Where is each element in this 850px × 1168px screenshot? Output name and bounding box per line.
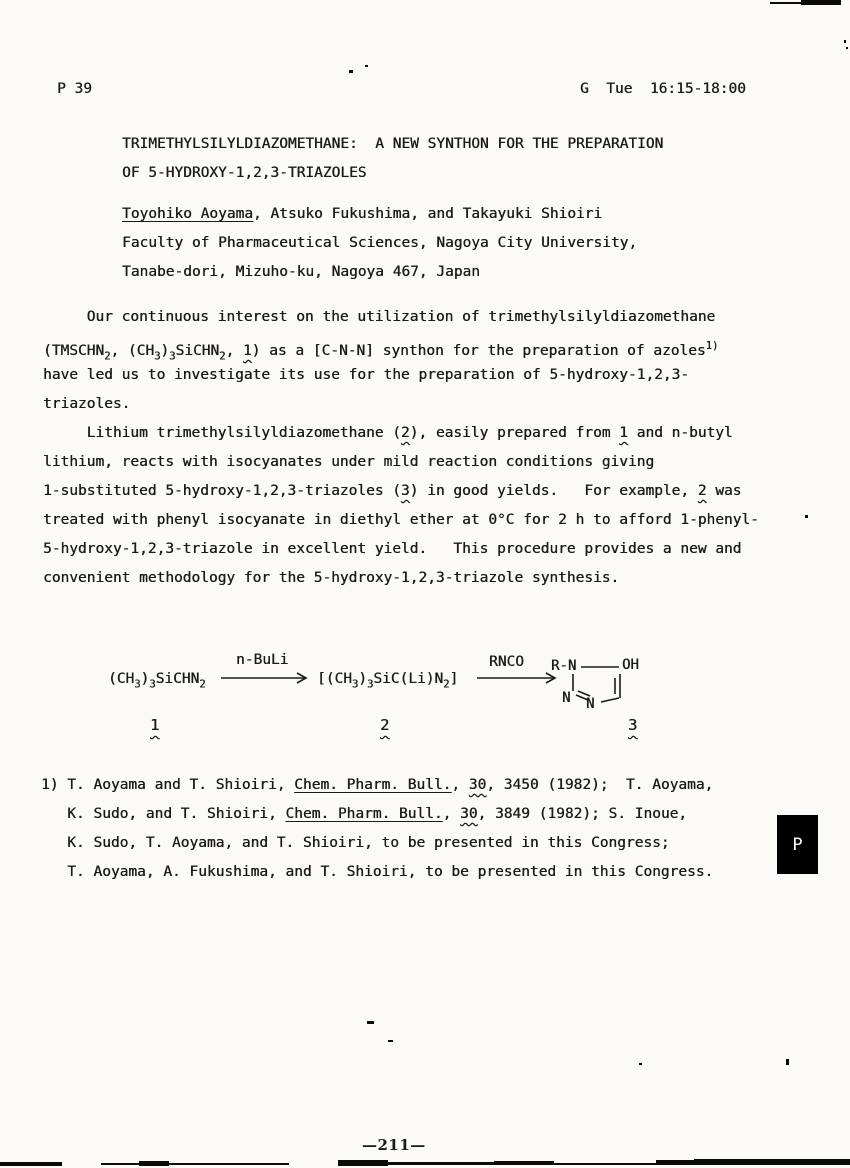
text-line: TRIMETHYLSILYLDIAZOMETHANE: A NEW SYNTHO…: [122, 130, 663, 159]
ring-substituent-label: R-N: [551, 659, 576, 673]
paper-title: TRIMETHYLSILYLDIAZOMETHANE: A NEW SYNTHO…: [122, 130, 663, 188]
reaction-arrow-icon: [221, 671, 309, 685]
text-line: 1-substituted 5-hydroxy-1,2,3-triazoles …: [43, 477, 759, 506]
text-line: (TMSCHN2, (CH3)3SiCHN2, 1) as a [C-N-N] …: [43, 332, 759, 361]
compound-label-2: 2: [380, 716, 389, 734]
text-line: K. Sudo, T. Aoyama, and T. Shioiri, to b…: [41, 829, 713, 858]
text-line: T. Aoyama, A. Fukushima, and T. Shioiri,…: [41, 858, 713, 887]
scan-speck: [349, 70, 353, 73]
text-line: Lithium trimethylsilyldiazomethane (2), …: [43, 419, 759, 448]
compound-2-formula: [(CH3)3SiC(Li)N2]: [317, 671, 458, 691]
scan-speck: [846, 47, 848, 49]
author-block: Toyohiko Aoyama, Atsuko Fukushima, and T…: [122, 200, 637, 287]
compound-label-1: 1: [150, 716, 159, 734]
text-line: Faculty of Pharmaceutical Sciences, Nago…: [122, 229, 637, 258]
reagent-label-rnco: RNCO: [489, 654, 524, 670]
scan-artifact: [801, 0, 841, 5]
ring-nitrogen-label: N: [562, 691, 570, 705]
reagent-label-nbuli: n-BuLi: [236, 652, 288, 668]
text-line: 5-hydroxy-1,2,3-triazole in excellent yi…: [43, 535, 759, 564]
poster-number: P 39: [57, 81, 92, 97]
scan-speck: [786, 1059, 789, 1065]
reference-list: 1) T. Aoyama and T. Shioiri, Chem. Pharm…: [41, 771, 713, 887]
scan-artifact: [770, 2, 802, 4]
text-line: 1) T. Aoyama and T. Shioiri, Chem. Pharm…: [41, 771, 713, 800]
triazole-ring-structure: R-N OH N N: [548, 655, 654, 715]
ring-hydroxy-label: OH: [622, 658, 639, 672]
scanned-paper-page: P 39 G Tue 16:15-18:00 TRIMETHYLSILYLDIA…: [0, 0, 850, 1168]
compound-1-formula: (CH3)3SiCHN2: [108, 671, 206, 691]
scan-speck: [844, 40, 846, 43]
scan-speck: [367, 1021, 374, 1024]
ring-nitrogen-label: N: [586, 697, 594, 711]
page-number: —211—: [362, 1136, 426, 1154]
text-line: triazoles.: [43, 390, 759, 419]
scan-speck: [805, 515, 808, 518]
reaction-arrow-icon: [477, 671, 558, 685]
text-line: have led us to investigate its use for t…: [43, 361, 759, 390]
section-tab: P: [777, 815, 818, 874]
text-line: OF 5-HYDROXY-1,2,3-TRIAZOLES: [122, 159, 663, 188]
scan-speck: [365, 65, 368, 67]
text-line: lithium, reacts with isocyanates under m…: [43, 448, 759, 477]
scan-speck: [388, 1040, 393, 1042]
abstract-paragraphs: Our continuous interest on the utilizati…: [43, 303, 759, 593]
text-line: Toyohiko Aoyama, Atsuko Fukushima, and T…: [122, 200, 637, 229]
text-line: convenient methodology for the 5-hydroxy…: [43, 564, 759, 593]
text-line: K. Sudo, and T. Shioiri, Chem. Pharm. Bu…: [41, 800, 713, 829]
text-line: treated with phenyl isocyanate in diethy…: [43, 506, 759, 535]
compound-label-3: 3: [628, 716, 637, 734]
text-line: Tanabe-dori, Mizuho-ku, Nagoya 467, Japa…: [122, 258, 637, 287]
text-line: Our continuous interest on the utilizati…: [43, 303, 759, 332]
session-time: G Tue 16:15-18:00: [580, 81, 746, 97]
scan-speck: [639, 1063, 642, 1065]
